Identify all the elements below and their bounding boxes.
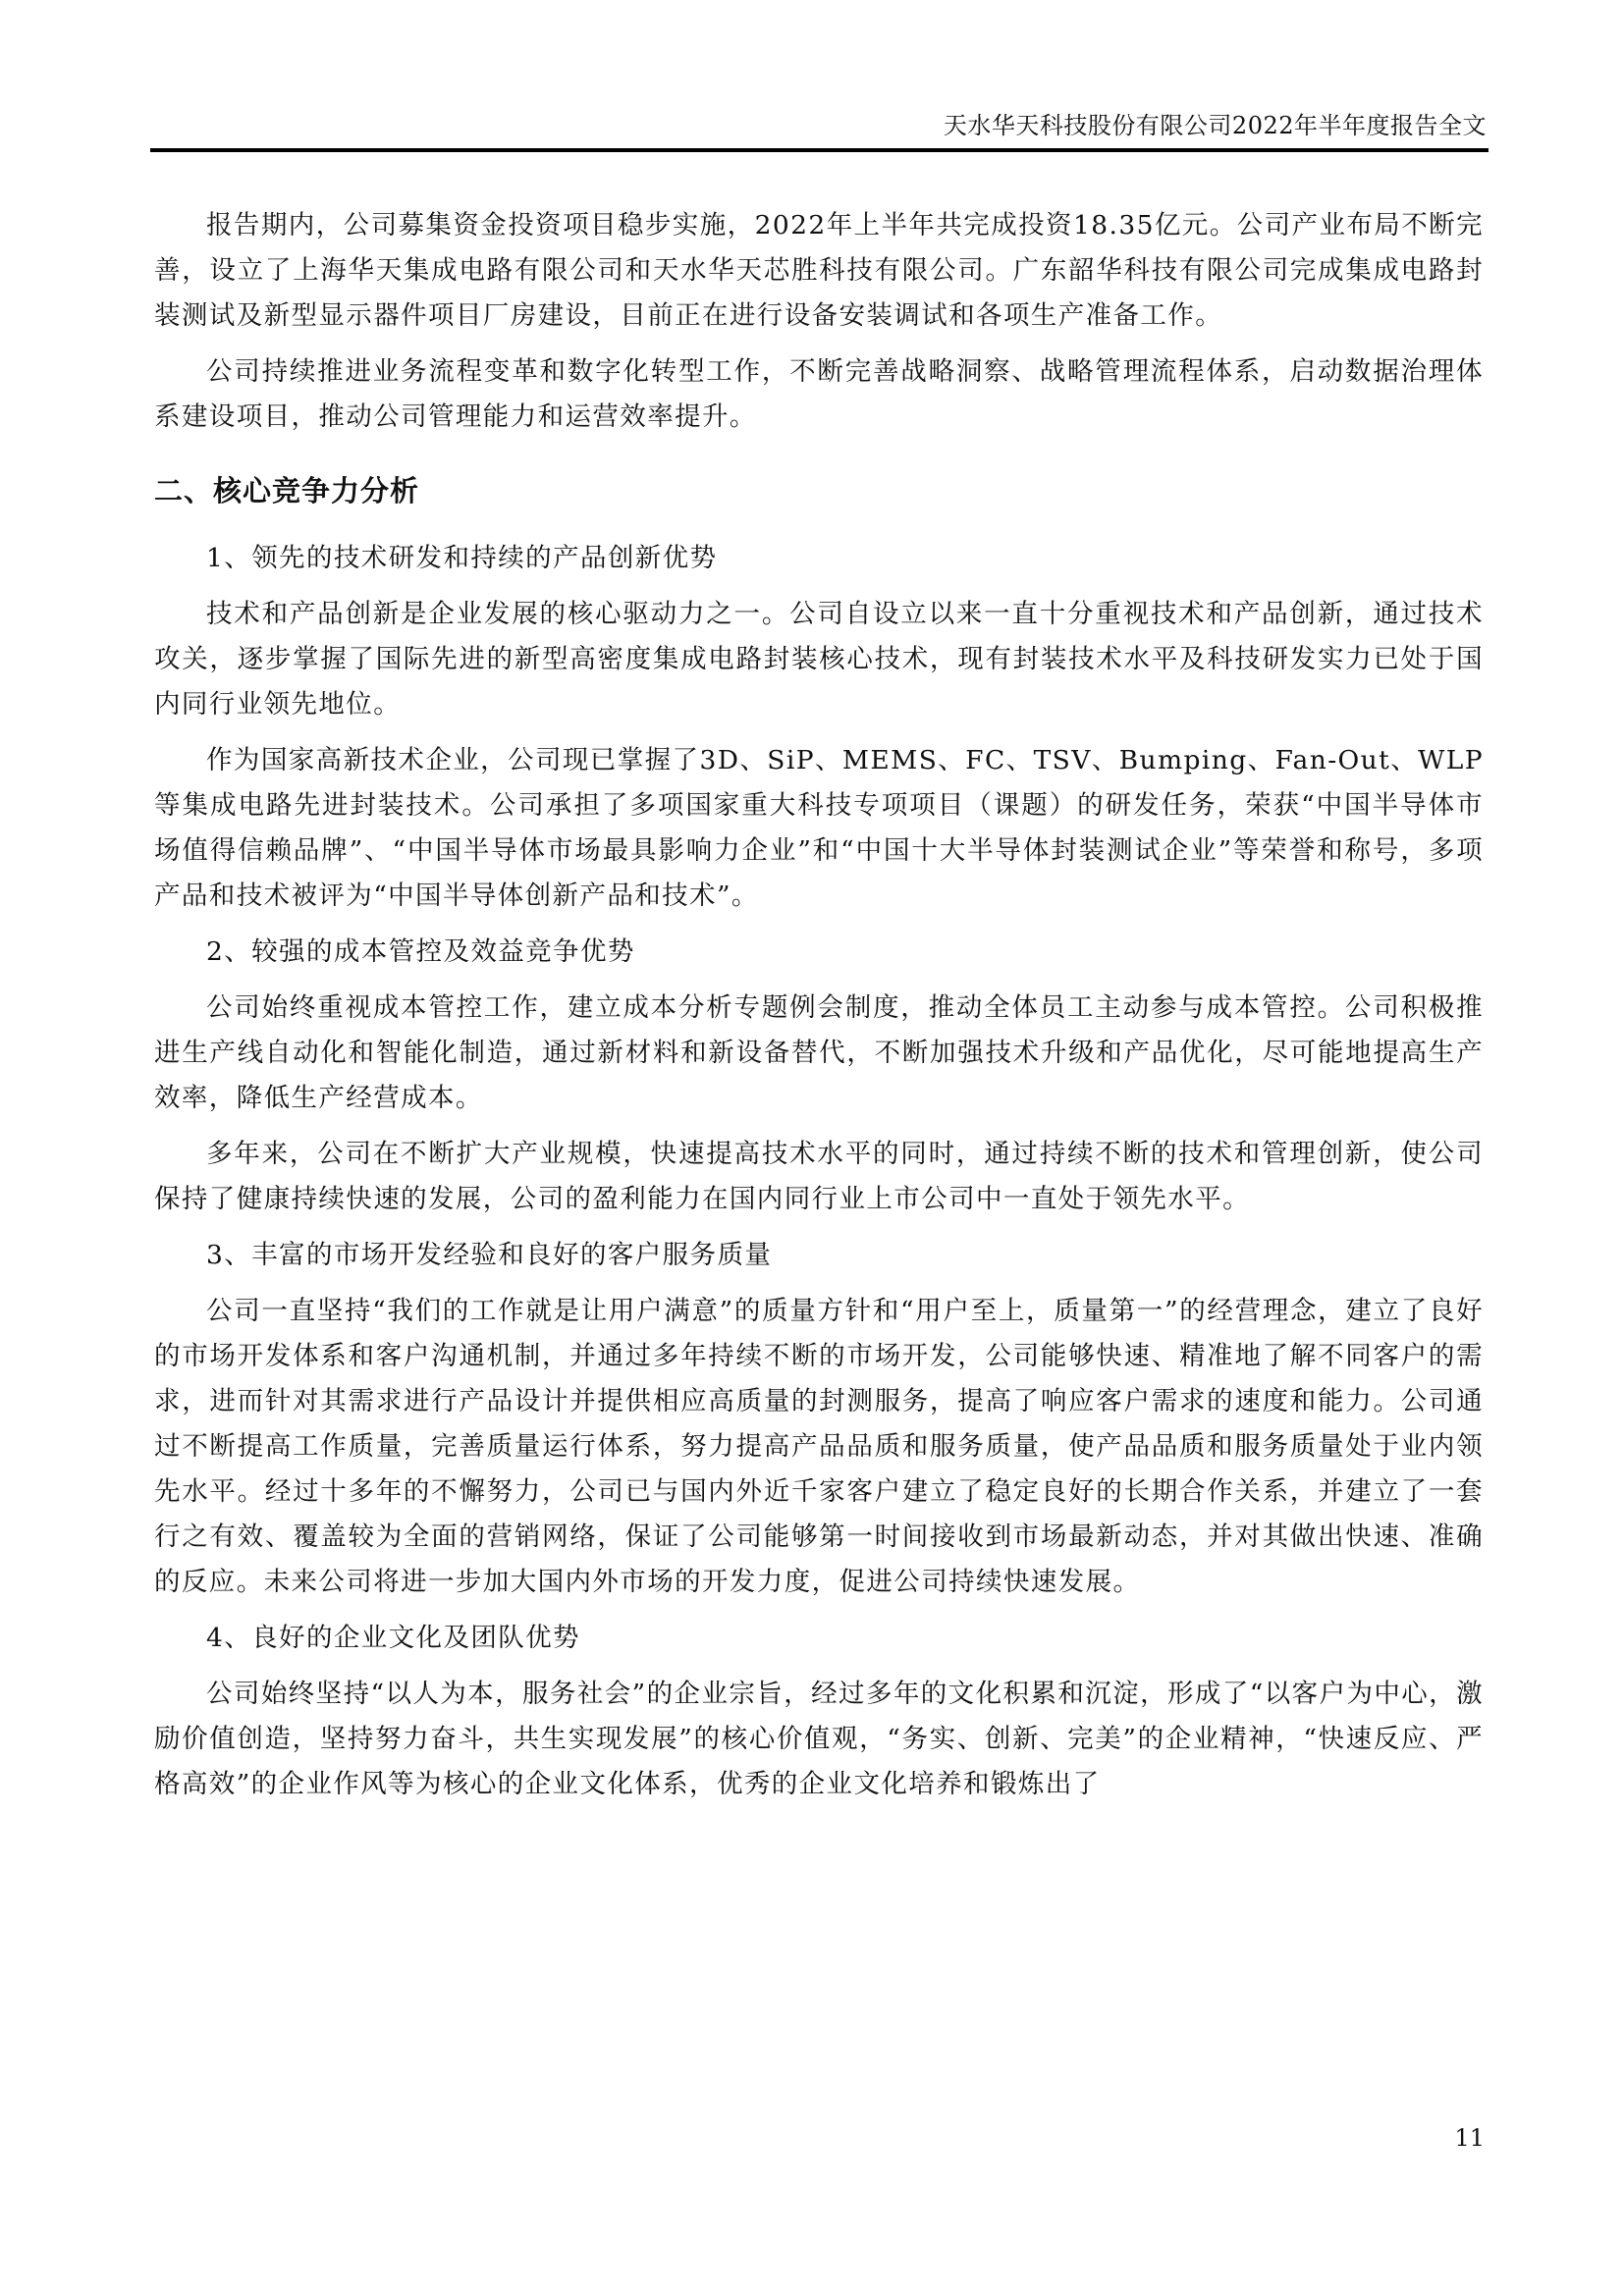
subsection-heading: 1、领先的技术研发和持续的产品创新优势 — [154, 536, 1484, 581]
header-divider — [150, 148, 1489, 152]
body-paragraph: 技术和产品创新是企业发展的核心驱动力之一。公司自设立以来一直十分重视技术和产品创… — [154, 592, 1484, 727]
intro-paragraph: 报告期内，公司募集资金投资项目稳步实施，2022年上半年共完成投资18.35亿元… — [154, 203, 1484, 339]
body-paragraph: 公司始终重视成本管控工作，建立成本分析专题例会制度，推动全体员工主动参与成本管控… — [154, 986, 1484, 1121]
body-paragraph: 多年来，公司在不断扩大产业规模，快速提高技术水平的同时，通过持续不断的技术和管理… — [154, 1132, 1484, 1222]
intro-paragraph: 公司持续推进业务流程变革和数字化转型工作，不断完善战略洞察、战略管理流程体系，启… — [154, 349, 1484, 440]
body-paragraph: 公司一直坚持“我们的工作就是让用户满意”的质量方针和“用户至上，质量第一”的经营… — [154, 1289, 1484, 1605]
page-header: 天水华天科技股份有限公司2022年半年度报告全文 — [150, 110, 1489, 141]
subsection-heading: 2、较强的成本管控及效益竞争优势 — [154, 930, 1484, 975]
report-title: 天水华天科技股份有限公司2022年半年度报告全文 — [944, 112, 1487, 139]
subsection-heading: 4、良好的企业文化及团队优势 — [154, 1616, 1484, 1661]
body-paragraph: 作为国家高新技术企业，公司现已掌握了3D、SiP、MEMS、FC、TSV、Bum… — [154, 738, 1484, 919]
document-body: 报告期内，公司募集资金投资项目稳步实施，2022年上半年共完成投资18.35亿元… — [154, 203, 1484, 1818]
page-number: 11 — [1454, 2123, 1485, 2153]
subsection-heading: 3、丰富的市场开发经验和良好的客户服务质量 — [154, 1233, 1484, 1278]
section-heading: 二、核心竞争力分析 — [154, 469, 1484, 512]
body-paragraph: 公司始终坚持“以人为本，服务社会”的企业宗旨，经过多年的文化积累和沉淀，形成了“… — [154, 1672, 1484, 1807]
